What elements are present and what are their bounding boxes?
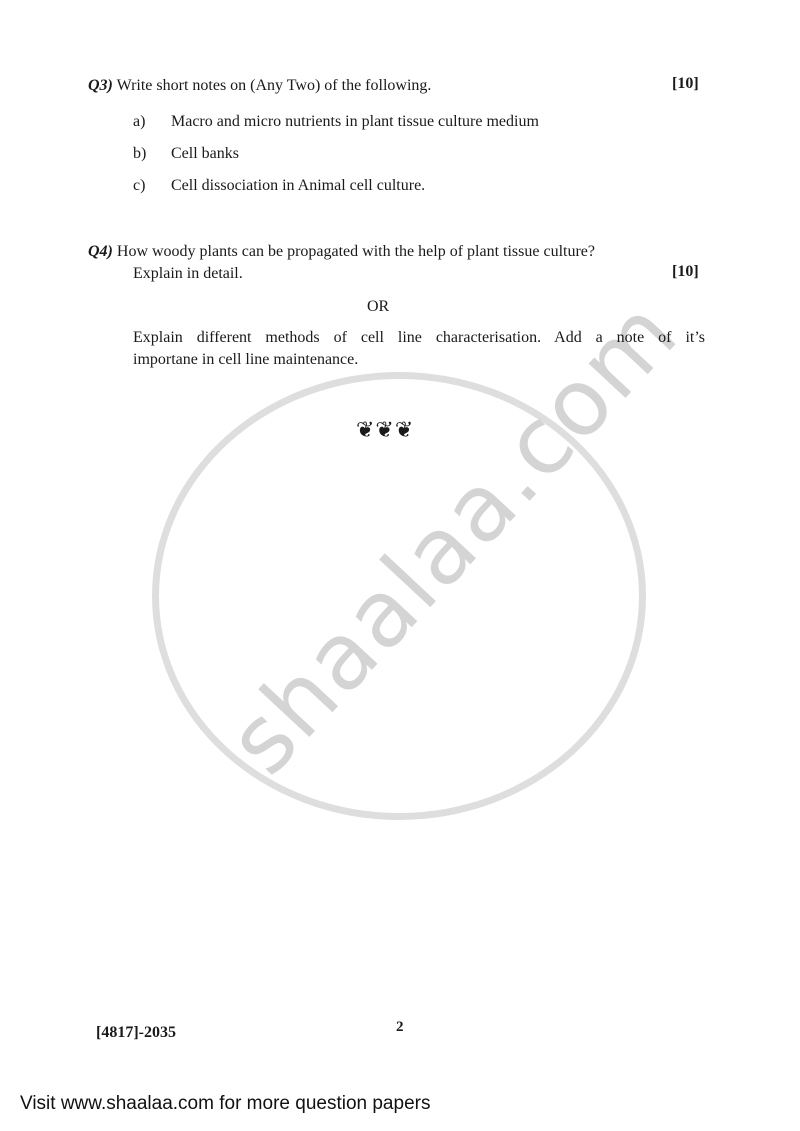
question-text: How woody plants can be propagated with … xyxy=(117,243,595,260)
question-4-marks: [10] xyxy=(672,263,699,281)
item-label: c) xyxy=(133,177,145,195)
item-label: a) xyxy=(133,113,145,131)
alternative-question-line1: Explain different methods of cell line c… xyxy=(133,327,705,349)
question-number: Q3) xyxy=(88,77,113,94)
question-4-line2: Explain in detail. xyxy=(133,263,243,285)
list-item: Cell banks xyxy=(171,145,239,163)
alternative-question-line2: importane in cell line maintenance. xyxy=(133,349,358,371)
list-item: Cell dissociation in Animal cell culture… xyxy=(171,177,425,195)
end-ornament: ❦❦❦ xyxy=(356,417,414,443)
question-3-header: Q3) Write short notes on (Any Two) of th… xyxy=(88,75,431,97)
or-divider: OR xyxy=(367,296,389,318)
visit-banner-link[interactable]: Visit www.shaalaa.com for more question … xyxy=(20,1093,430,1115)
question-number: Q4) xyxy=(88,243,113,260)
list-item: Macro and micro nutrients in plant tissu… xyxy=(171,113,539,131)
paper-code: [4817]-2035 xyxy=(96,1024,176,1042)
item-label: b) xyxy=(133,145,146,163)
question-4-line1: Q4) How woody plants can be propagated w… xyxy=(88,241,705,263)
question-text: Write short notes on (Any Two) of the fo… xyxy=(117,77,432,94)
question-3-marks: [10] xyxy=(672,75,699,93)
page-number: 2 xyxy=(396,1019,404,1036)
